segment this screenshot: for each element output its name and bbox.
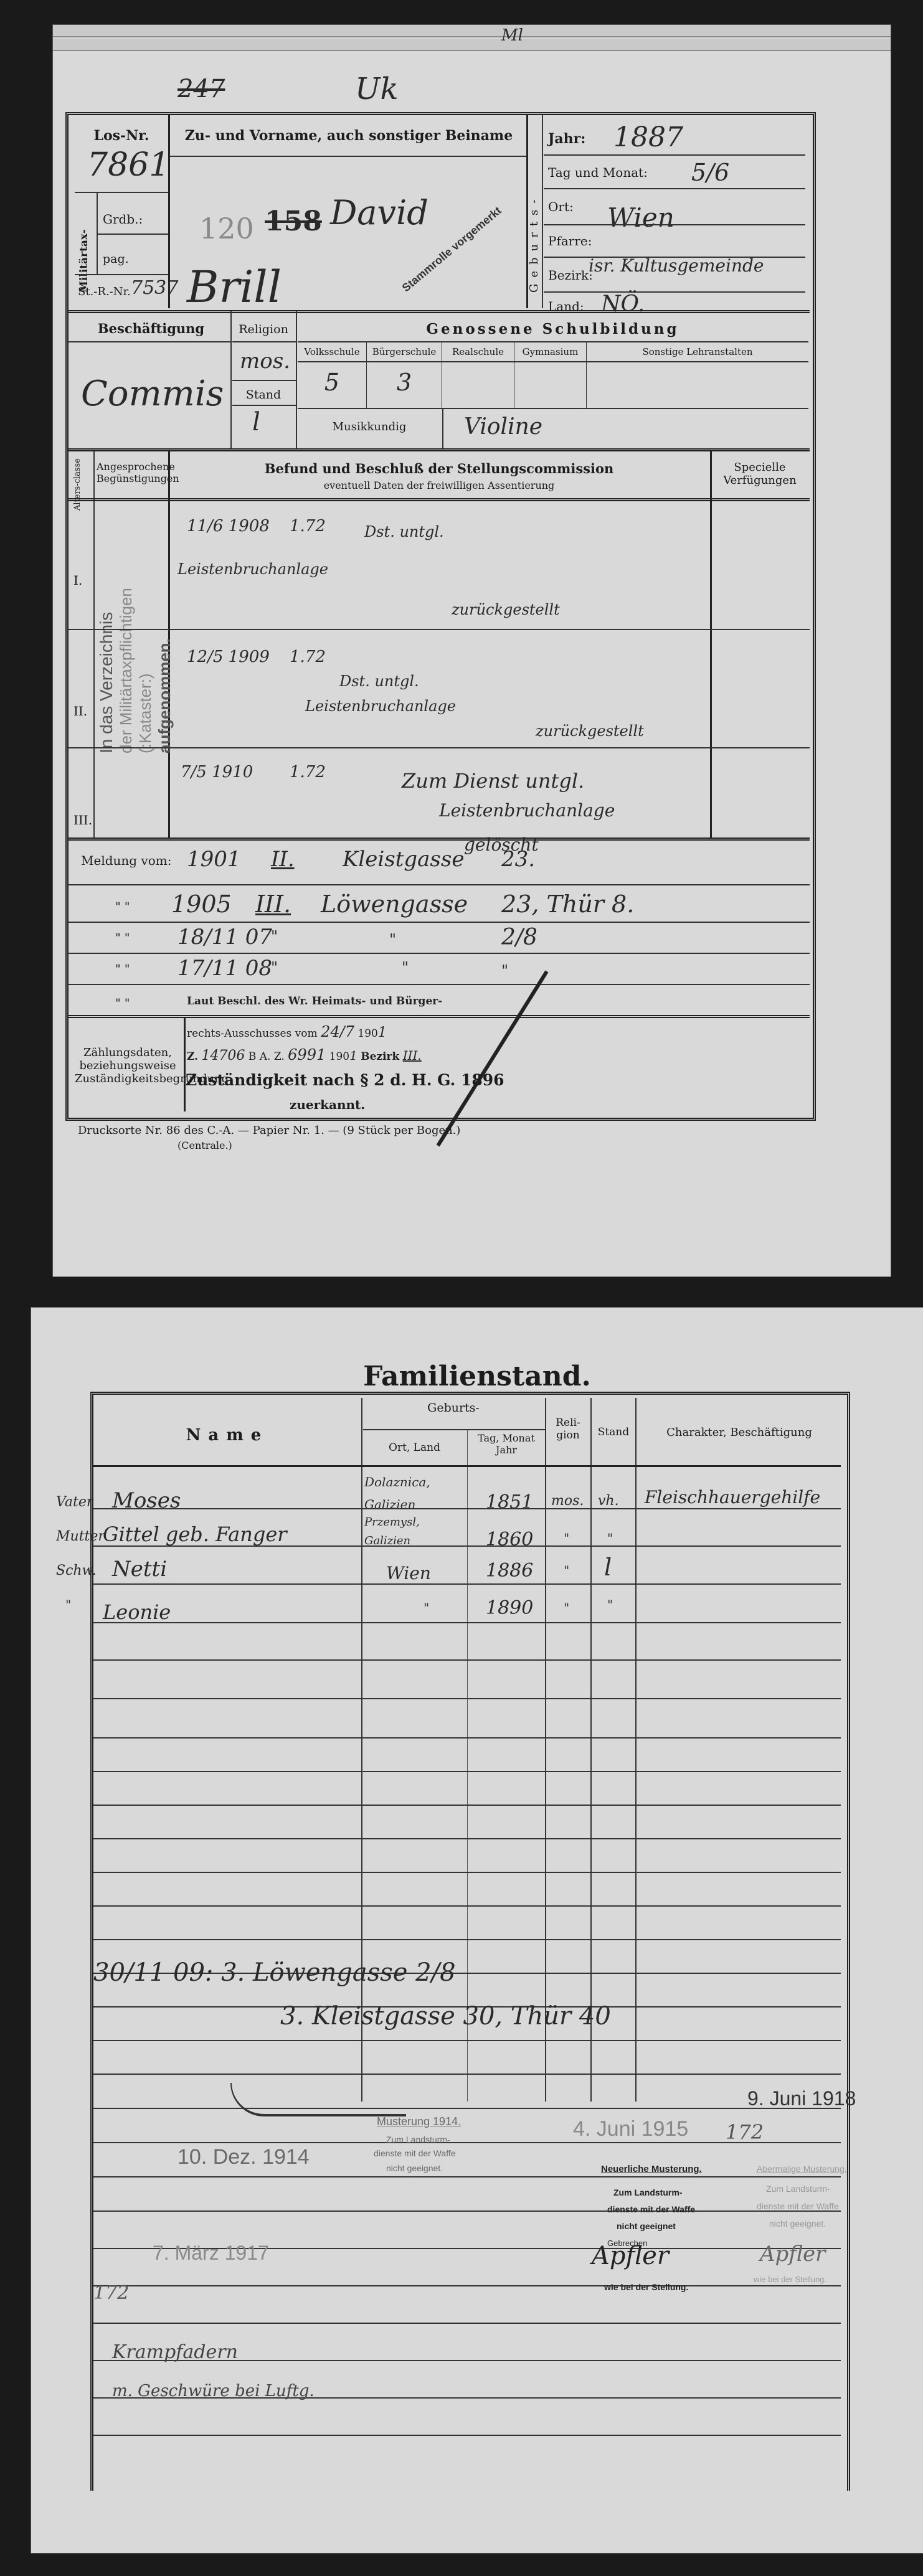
ditto: " "	[115, 996, 130, 1010]
los-nr-label: Los-Nr.	[78, 128, 165, 144]
family-status-sheet: Familienstand. Name Geburts- Ort, Land T…	[31, 1308, 923, 2553]
meldung-district: II.	[271, 847, 295, 872]
stand-value: l	[252, 408, 260, 436]
footer-print-ref: Drucksorte Nr. 86 des C.-A. — Papier Nr.…	[78, 1124, 460, 1137]
commission-line: Dst. untgl.	[364, 523, 444, 540]
stamp-number: 120	[199, 212, 254, 245]
commission-date: 7/5 1910	[181, 763, 253, 781]
zaehlung-line3: Zuständigkeit nach § 2 d. H. G. 1896	[186, 1071, 504, 1089]
military-record-sheet: Ml 247 Uk Los-Nr. 7861 Militärtax- Grdb.…	[53, 25, 891, 1276]
meldung-street: "	[389, 931, 396, 948]
ref-1917: 172	[93, 2282, 129, 2304]
commission-line: Leistenbruchanlage	[177, 560, 328, 578]
neuerliche-musterung-text: Zum Landsturm-	[613, 2187, 682, 2197]
stamp-date-1918: 9. Juni 1918	[747, 2087, 856, 2110]
col-name: Name	[97, 1426, 358, 1445]
paper-edge	[53, 39, 891, 51]
meldung-number: "	[501, 962, 508, 979]
col-birth-place: Ort, Land	[363, 1441, 466, 1454]
school-col: Bürgerschule3	[367, 342, 442, 408]
abermalige-musterung-text: nicht geeignet.	[769, 2219, 826, 2229]
music-value: Violine	[464, 414, 542, 440]
footer-centrale: (Centrale.)	[177, 1139, 232, 1151]
religion-header: Religion	[232, 323, 295, 336]
class-label: I.	[73, 573, 82, 588]
signature: Apfler	[592, 2242, 669, 2270]
neuerliche-musterung-text: nicht geeignet	[617, 2221, 676, 2231]
meldung-number: 23.	[501, 847, 535, 872]
birth-place: Wien	[607, 202, 674, 233]
family-title: Familienstand.	[31, 1361, 923, 1392]
medical-remark: m. Geschwüre bei Luftg.	[112, 2382, 315, 2400]
occupation-header: Beschäftigung	[72, 321, 230, 336]
commission-date: 12/5 1909	[187, 648, 270, 666]
meldung-street: Kleistgasse	[343, 847, 464, 872]
col-stand: Stand	[592, 1426, 635, 1438]
musterung-1914-text: nicht geeignet.	[386, 2163, 443, 2173]
commission-line: Leistenbruchanlage	[305, 697, 456, 715]
stand-label: Stand	[232, 388, 295, 402]
meldung-date: 18/11 07	[177, 925, 272, 950]
musterung-1914-text: Zum Landsturm-	[386, 2135, 450, 2144]
class-label: III.	[73, 813, 92, 828]
meldung-district: "	[271, 959, 278, 976]
zaehlung-label: Zählungsdaten, beziehungsweise Zuständig…	[75, 1046, 181, 1085]
surname: Brill	[187, 262, 282, 313]
commission-ref: 1.72	[290, 648, 326, 666]
occupation-value: Commis	[81, 374, 224, 414]
special-header: Specielle Verfügungen	[713, 461, 807, 487]
abermalige-musterung-title: Abermalige Musterung.	[757, 2164, 847, 2174]
class-label: II.	[73, 704, 87, 719]
birth-side-label: Geburts-	[528, 194, 541, 293]
musterung-1914-title: Musterung 1914.	[377, 2115, 461, 2128]
meldung-number: 23, Thür 8.	[501, 890, 634, 918]
address-note: 30/11 09: 3. Löwengasse 2/8	[93, 1958, 456, 1987]
day-month-label: Tag und Monat:	[548, 165, 648, 180]
benefits-header: Angesprochene Begünstigungen	[97, 461, 166, 484]
place-label: Ort:	[548, 199, 574, 214]
neuerliche-musterung-text: wie bei der Stellung.	[604, 2282, 688, 2292]
commission-date: 11/6 1908	[187, 517, 270, 535]
col-birth-date: Tag, Monat Jahr	[468, 1432, 544, 1456]
meldung-district: III.	[255, 890, 291, 918]
zaehlung-line4: zuerkannt.	[290, 1097, 365, 1112]
st-r-nr-value: 7537	[131, 277, 178, 299]
neuerliche-musterung-text: dienste mit der Waffe	[607, 2204, 695, 2214]
militaertax-label: Militärtax-	[78, 229, 90, 293]
schooling-table: Volksschule5 Bürgerschule3 Realschule Gy…	[298, 342, 808, 408]
music-label: Musikkundig	[298, 420, 441, 433]
name-header: Zu- und Vorname, auch sonstiger Beiname	[171, 128, 526, 144]
zaehlung-line2: rechts-Ausschusses vom 24/7 1901	[187, 1023, 387, 1040]
abermalige-musterung-text: wie bei der Stellung.	[754, 2275, 826, 2284]
col-character: Charakter, Beschäftigung	[637, 1426, 842, 1439]
findings-header: Befund und Beschluß der Stellungscommiss…	[171, 461, 707, 476]
address-note: 3. Kleistgasse 30, Thür 40	[280, 2002, 611, 2031]
school-col: Sonstige Lehranstalten	[587, 342, 808, 408]
commission-line: zurückgestellt	[452, 601, 560, 618]
age-class-header: Alters-classe	[73, 458, 82, 511]
school-col: Realschule	[442, 342, 514, 408]
birth-parish: isr. Kultusgemeinde	[589, 255, 764, 276]
birth-day-month: 5/6	[691, 159, 729, 186]
meldung-street: Löwengasse	[321, 890, 468, 918]
meldung-street: "	[402, 959, 409, 976]
ditto: " "	[115, 962, 130, 976]
pag-label: pag.	[103, 252, 129, 266]
commission-line: Dst. untgl.	[339, 672, 419, 690]
commission-ref: 1.72	[290, 517, 326, 535]
abermalige-musterung-text: dienste mit der Waffe	[757, 2201, 839, 2211]
signature-flourish	[230, 2083, 406, 2116]
commission-ref: 1.72	[290, 763, 326, 781]
commission-line: Leistenbruchanlage	[439, 800, 615, 821]
abermalige-musterung-text: Zum Landsturm-	[766, 2184, 830, 2194]
signature: Apfler	[760, 2242, 825, 2267]
year-label: Jahr:	[548, 131, 585, 147]
col-religion: Reli- gion	[546, 1417, 590, 1441]
schooling-header: Genossene Schulbildung	[299, 321, 807, 337]
school-col: Volksschule5	[298, 342, 367, 408]
ditto: " "	[115, 931, 130, 945]
col-birth-group: Geburts-	[363, 1401, 544, 1415]
ref-1915: 172	[726, 2120, 764, 2144]
parish-label: Pfarre:	[548, 234, 592, 248]
meldung-district: "	[271, 928, 278, 945]
findings-subheader: eventuell Daten der freiwilligen Assenti…	[171, 479, 707, 491]
st-r-nr-label: St.-R.-Nr.	[78, 285, 131, 298]
first-name: David	[330, 193, 428, 232]
meldung-date: 1901	[187, 847, 241, 872]
crossed-number: 247	[177, 75, 225, 103]
neuerliche-musterung-title: Neuerliche Musterung.	[601, 2164, 702, 2174]
commission-line: zurückgestellt	[536, 722, 644, 740]
commission-line: Zum Dienst untgl.	[402, 769, 584, 793]
meldung-date: 1905	[171, 890, 232, 918]
medical-remark: Krampfadern	[112, 2341, 238, 2363]
birth-year: 1887	[613, 121, 683, 153]
grdb-label: Grdb.:	[103, 212, 143, 227]
zaehlung-refs: Z. 14706 B A. Z. 6991 1901 Bezirk III.	[187, 1046, 422, 1064]
musterung-1914-text: dienste mit der Waffe	[374, 2148, 456, 2158]
school-col: Gymnasium	[514, 342, 587, 408]
zaehlung-line1: Laut Beschl. des Wr. Heimats- und Bürger…	[187, 995, 442, 1007]
religion-value: mos.	[240, 349, 290, 374]
stamp-date-1914: 10. Dez. 1914	[177, 2145, 310, 2169]
stamp-date-1915: 4. Juni 1915	[573, 2117, 688, 2141]
corner-note: Ml	[501, 26, 523, 45]
meldung-label: Meldung vom:	[81, 853, 171, 868]
family-frame	[90, 1392, 850, 2491]
meldung-date: 17/11 08	[177, 956, 272, 981]
meldung-number: 2/8	[501, 925, 537, 950]
paper-edge	[53, 25, 891, 37]
ditto: " "	[115, 900, 130, 913]
los-nr-value: 7861	[87, 146, 169, 184]
initials: Uk	[355, 72, 399, 106]
kataster-stamp: In das Verzeichnis der Militärtaxpflicht…	[97, 492, 174, 753]
crossed-number: 158	[265, 205, 322, 237]
stamp-date-1917: 7. März 1917	[153, 2242, 269, 2265]
district-label: Bezirk:	[548, 268, 593, 283]
